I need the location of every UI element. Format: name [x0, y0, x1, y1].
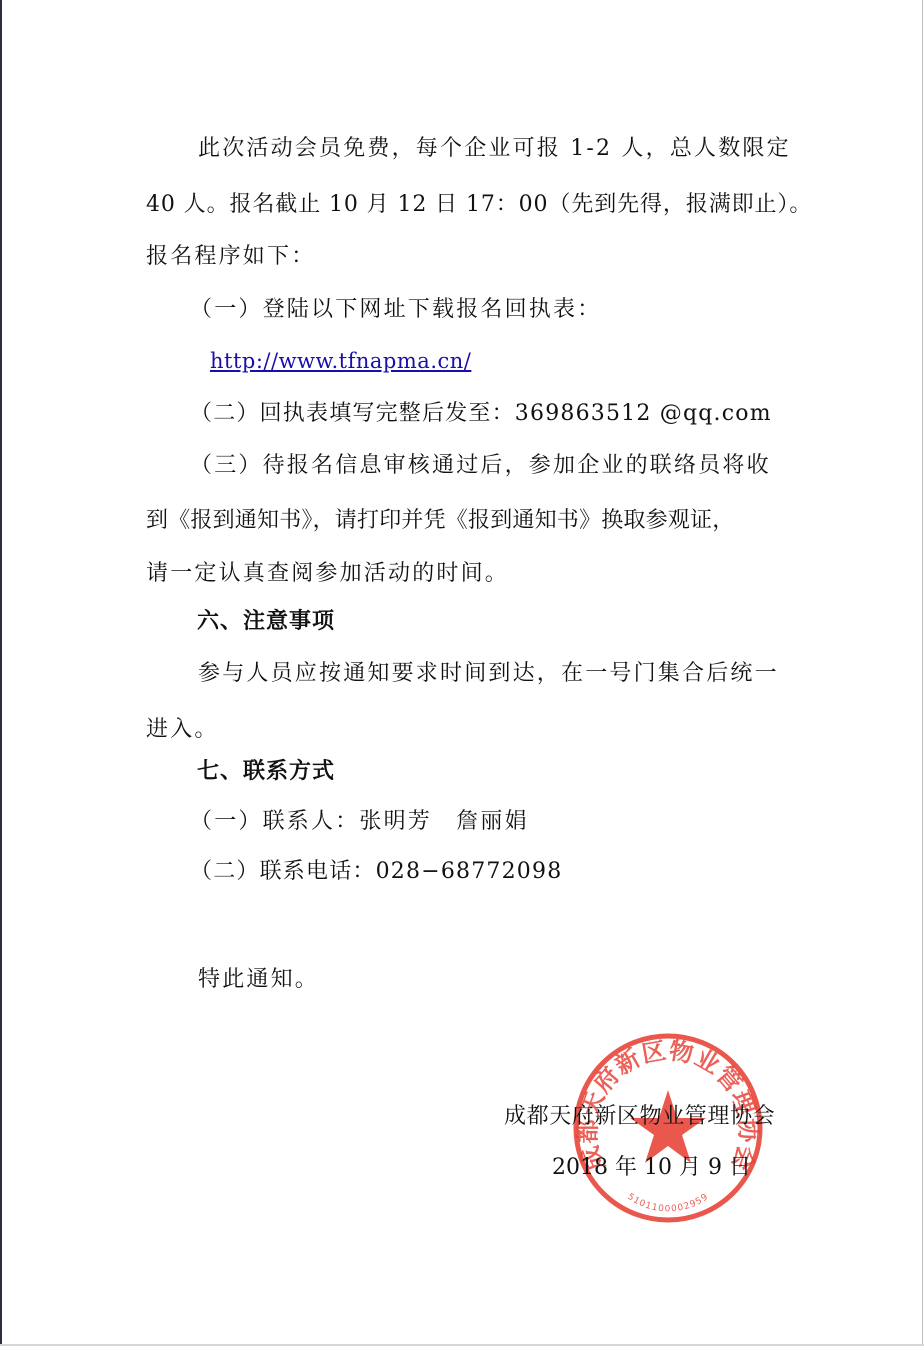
download-url[interactable]: http://www.tfnapma.cn/: [210, 349, 471, 373]
step-3-line-1: （三）待报名信息审核通过后，参加企业的联络员将收: [190, 451, 771, 481]
step-3-line-2: 到《报到通知书》，请打印并凭《报到通知书》换取参观证，: [146, 506, 734, 536]
section-6-heading: 六、注意事项: [197, 607, 335, 637]
svg-text:5101100002959: 5101100002959: [625, 1192, 710, 1214]
signature-date: 2018 年 10 月 9 日: [552, 1153, 751, 1183]
contact-people: （一）联系人：张明芳 詹丽娟: [190, 807, 529, 837]
step-3-line-3: 请一定认真查阅参加活动的时间。: [146, 559, 509, 589]
registration-paragraph-line-1: 此次活动会员免费，每个企业可报 1-2 人，总人数限定: [198, 134, 791, 164]
step-1-text: （一）登陆以下网址下载报名回执表：: [190, 295, 601, 325]
download-url-link[interactable]: http://www.tfnapma.cn/: [210, 346, 471, 376]
section-7-heading: 七、联系方式: [197, 757, 335, 787]
signature-organization: 成都天府新区物业管理协会: [504, 1102, 775, 1132]
document-page: 此次活动会员免费，每个企业可报 1-2 人，总人数限定 40 人。报名截止 10…: [0, 0, 924, 1346]
step-2-text: （二）回执表填写完整后发至：369863512 @qq.com: [190, 399, 772, 429]
section-6-line-1: 参与人员应按通知要求时间到达，在一号门集合后统一: [198, 659, 779, 689]
closing-text: 特此通知。: [198, 965, 319, 995]
contact-phone: （二）联系电话：028−68772098: [190, 857, 562, 887]
registration-paragraph-line-2: 40 人。报名截止 10 月 12 日 17：00（先到先得，报满即止）。: [146, 190, 812, 220]
section-6-line-2: 进入。: [146, 715, 219, 745]
registration-paragraph-line-3: 报名程序如下：: [146, 242, 315, 272]
